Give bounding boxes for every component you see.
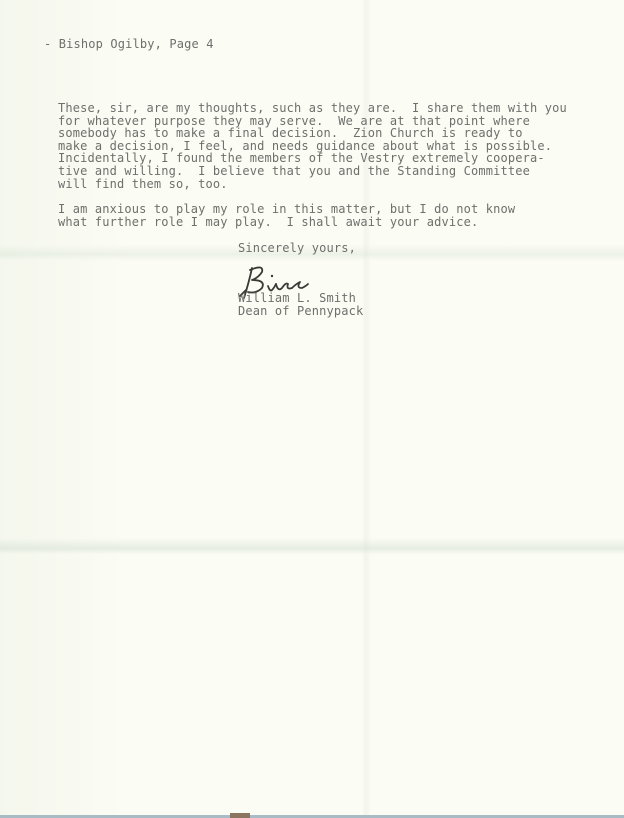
scan-edge-mark [230,813,250,818]
signer-title: Dean of Pennypack [238,305,363,318]
closing: Sincerely yours, [238,242,356,255]
letter-page: - Bishop Ogilby, Page 4 These, sir, are … [0,0,624,815]
signer-name: William L. Smith [238,292,356,305]
body-paragraph-1: These, sir, are my thoughts, such as the… [58,102,567,190]
page-header: - Bishop Ogilby, Page 4 [44,38,214,51]
body-paragraph-2: I am anxious to play my role in this mat… [58,203,515,228]
